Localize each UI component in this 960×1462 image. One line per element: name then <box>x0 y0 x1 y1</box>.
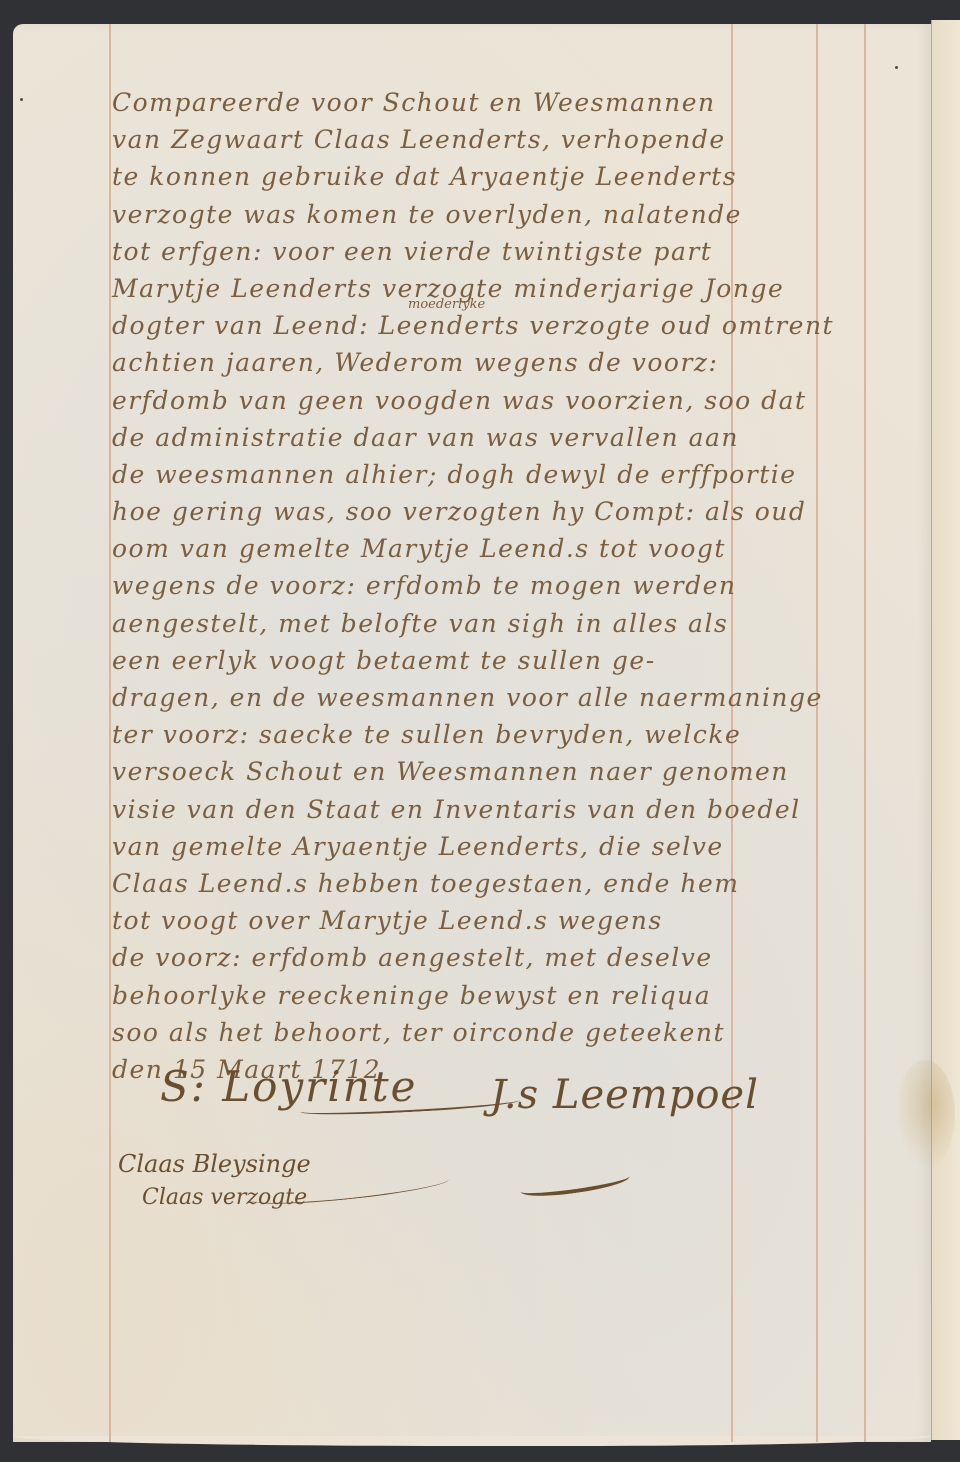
page-bottom-edge <box>13 1436 931 1446</box>
text-line: aengestelt, met belofte van sigh in alle… <box>112 605 902 642</box>
text-line: oom van gemelte Marytje Leend.s tot voog… <box>112 530 902 567</box>
left-margin-rule <box>109 24 111 1442</box>
text-line: dogter van Leend: Leenderts verzogte oud… <box>112 307 902 344</box>
signature-leempoel: J.s Leempoel <box>490 1072 759 1118</box>
text-line: van gemelte Aryaentje Leenderts, die sel… <box>112 828 902 865</box>
water-stain <box>895 1060 955 1170</box>
handwritten-text-block: Compareerde voor Schout en Weesmannen va… <box>112 84 902 1088</box>
text-line: verzogte was komen te overlyden, nalaten… <box>112 196 902 233</box>
text-line: visie van den Staat en Inventaris van de… <box>112 791 902 828</box>
interlinear-insertion: moederlyke <box>408 297 485 312</box>
text-line: ter voorz: saecke te sullen bevryden, we… <box>112 716 902 753</box>
text-line: te konnen gebruike dat Aryaentje Leender… <box>112 158 902 195</box>
text-line: van Zegwaart Claas Leenderts, verhopende <box>112 121 902 158</box>
text-line: Claas Leend.s hebben toegestaen, ende he… <box>112 865 902 902</box>
text-line: Marytje Leenderts verzogte minderjarige … <box>112 270 902 307</box>
text-line: tot voogt over Marytje Leend.s wegens <box>112 902 902 939</box>
text-line: behoorlyke reeckeninge bewyst en reliqua <box>112 977 902 1014</box>
text-line: dragen, en de weesmannen voor alle naerm… <box>112 679 902 716</box>
text-line: tot erfgen: voor een vierde twintigste p… <box>112 233 902 270</box>
text-line: de weesmannen alhier; dogh dewyl de erff… <box>112 456 902 493</box>
text-line: de administratie daar van was vervallen … <box>112 419 902 456</box>
text-line: versoeck Schout en Weesmannen naer genom… <box>112 753 902 790</box>
text-line: een eerlyk voogt betaemt te sullen ge- <box>112 642 902 679</box>
text-line: wegens de voorz: erfdomb te mogen werden <box>112 567 902 604</box>
adjacent-page-edge <box>931 20 960 1440</box>
text-line: achtien jaaren, Wederom wegens de voorz: <box>112 344 902 381</box>
paper-speck <box>895 66 898 69</box>
paper-speck <box>20 98 23 101</box>
text-line: soo als het behoort, ter oirconde geteek… <box>112 1014 902 1051</box>
text-line: hoe gering was, soo verzogten hy Compt: … <box>112 493 902 530</box>
text-line: erfdomb van geen voogden was voorzien, s… <box>112 382 902 419</box>
signature-bleysinge: Claas Bleysinge <box>118 1150 311 1178</box>
text-line: de voorz: erfdomb aengestelt, met deselv… <box>112 939 902 976</box>
text-line: Compareerde voor Schout en Weesmannen <box>112 84 902 121</box>
